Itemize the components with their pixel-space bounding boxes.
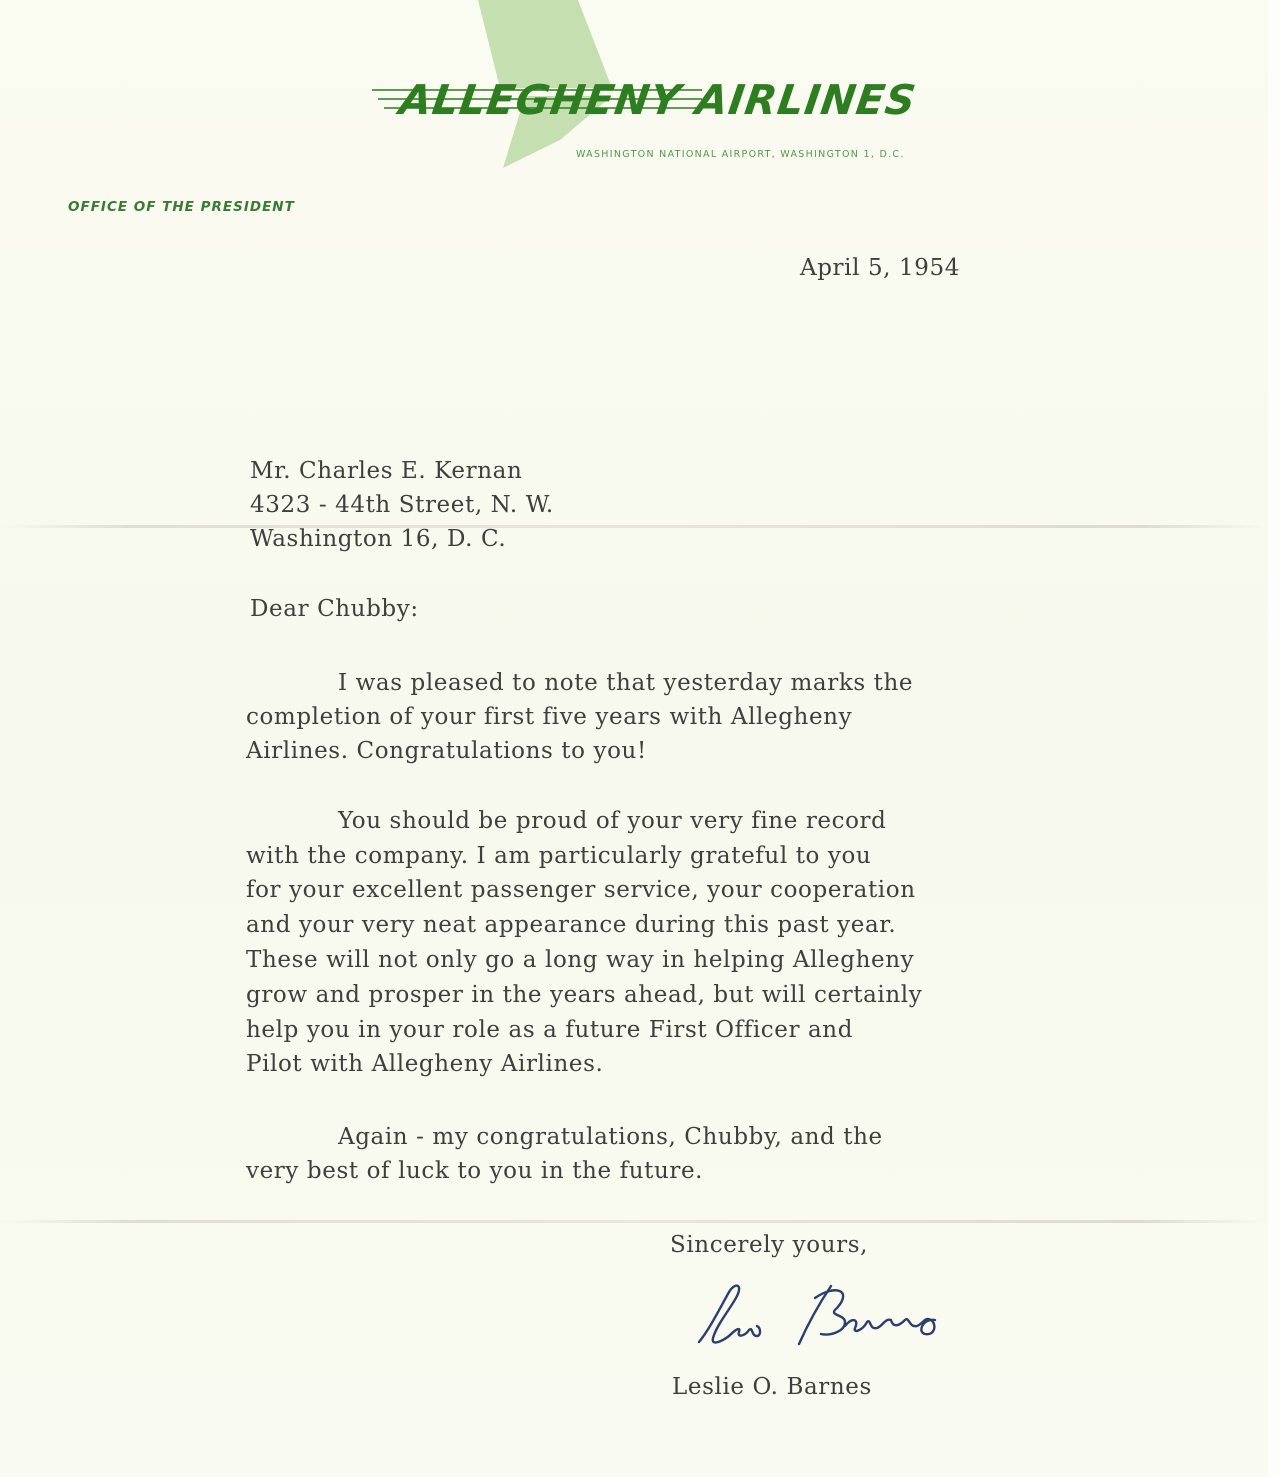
office-label: OFFICE OF THE PRESIDENT [68, 199, 295, 215]
recipient-city: Washington 16, D. C. [250, 526, 506, 552]
closing: Sincerely yours, [670, 1232, 868, 1258]
paragraph-line: and your very neat appearance during thi… [246, 912, 896, 938]
paper-edge [1268, 0, 1280, 1477]
paragraph-line: I was pleased to note that yesterday mar… [246, 670, 913, 696]
company-logo-text: ALLEGHENY AIRLINES [397, 76, 920, 124]
paragraph-line: grow and prosper in the years ahead, but… [246, 982, 922, 1008]
paragraph-line: completion of your first five years with… [246, 704, 852, 730]
handwritten-signature-icon [695, 1280, 965, 1355]
fold-line [0, 1220, 1268, 1223]
fold-line [0, 525, 1268, 528]
letter-date: April 5, 1954 [800, 255, 960, 281]
paragraph-line: Airlines. Congratulations to you! [246, 738, 647, 764]
paragraph-line: Again - my congratulations, Chubby, and … [246, 1124, 883, 1150]
company-address: WASHINGTON NATIONAL AIRPORT, WASHINGTON … [576, 149, 905, 160]
paragraph-line: with the company. I am particularly grat… [246, 843, 871, 869]
paragraph-line: for your excellent passenger service, yo… [246, 877, 916, 903]
paragraph-line: These will not only go a long way in hel… [246, 947, 914, 973]
signer-name: Leslie O. Barnes [672, 1374, 872, 1400]
paragraph-line: help you in your role as a future First … [246, 1017, 853, 1043]
recipient-name: Mr. Charles E. Kernan [250, 458, 522, 484]
paragraph-line: You should be proud of your very fine re… [246, 808, 886, 834]
paragraph-line: very best of luck to you in the future. [246, 1158, 703, 1184]
salutation: Dear Chubby: [250, 596, 419, 622]
recipient-street: 4323 - 44th Street, N. W. [250, 492, 554, 518]
paragraph-line: Pilot with Allegheny Airlines. [246, 1051, 603, 1077]
